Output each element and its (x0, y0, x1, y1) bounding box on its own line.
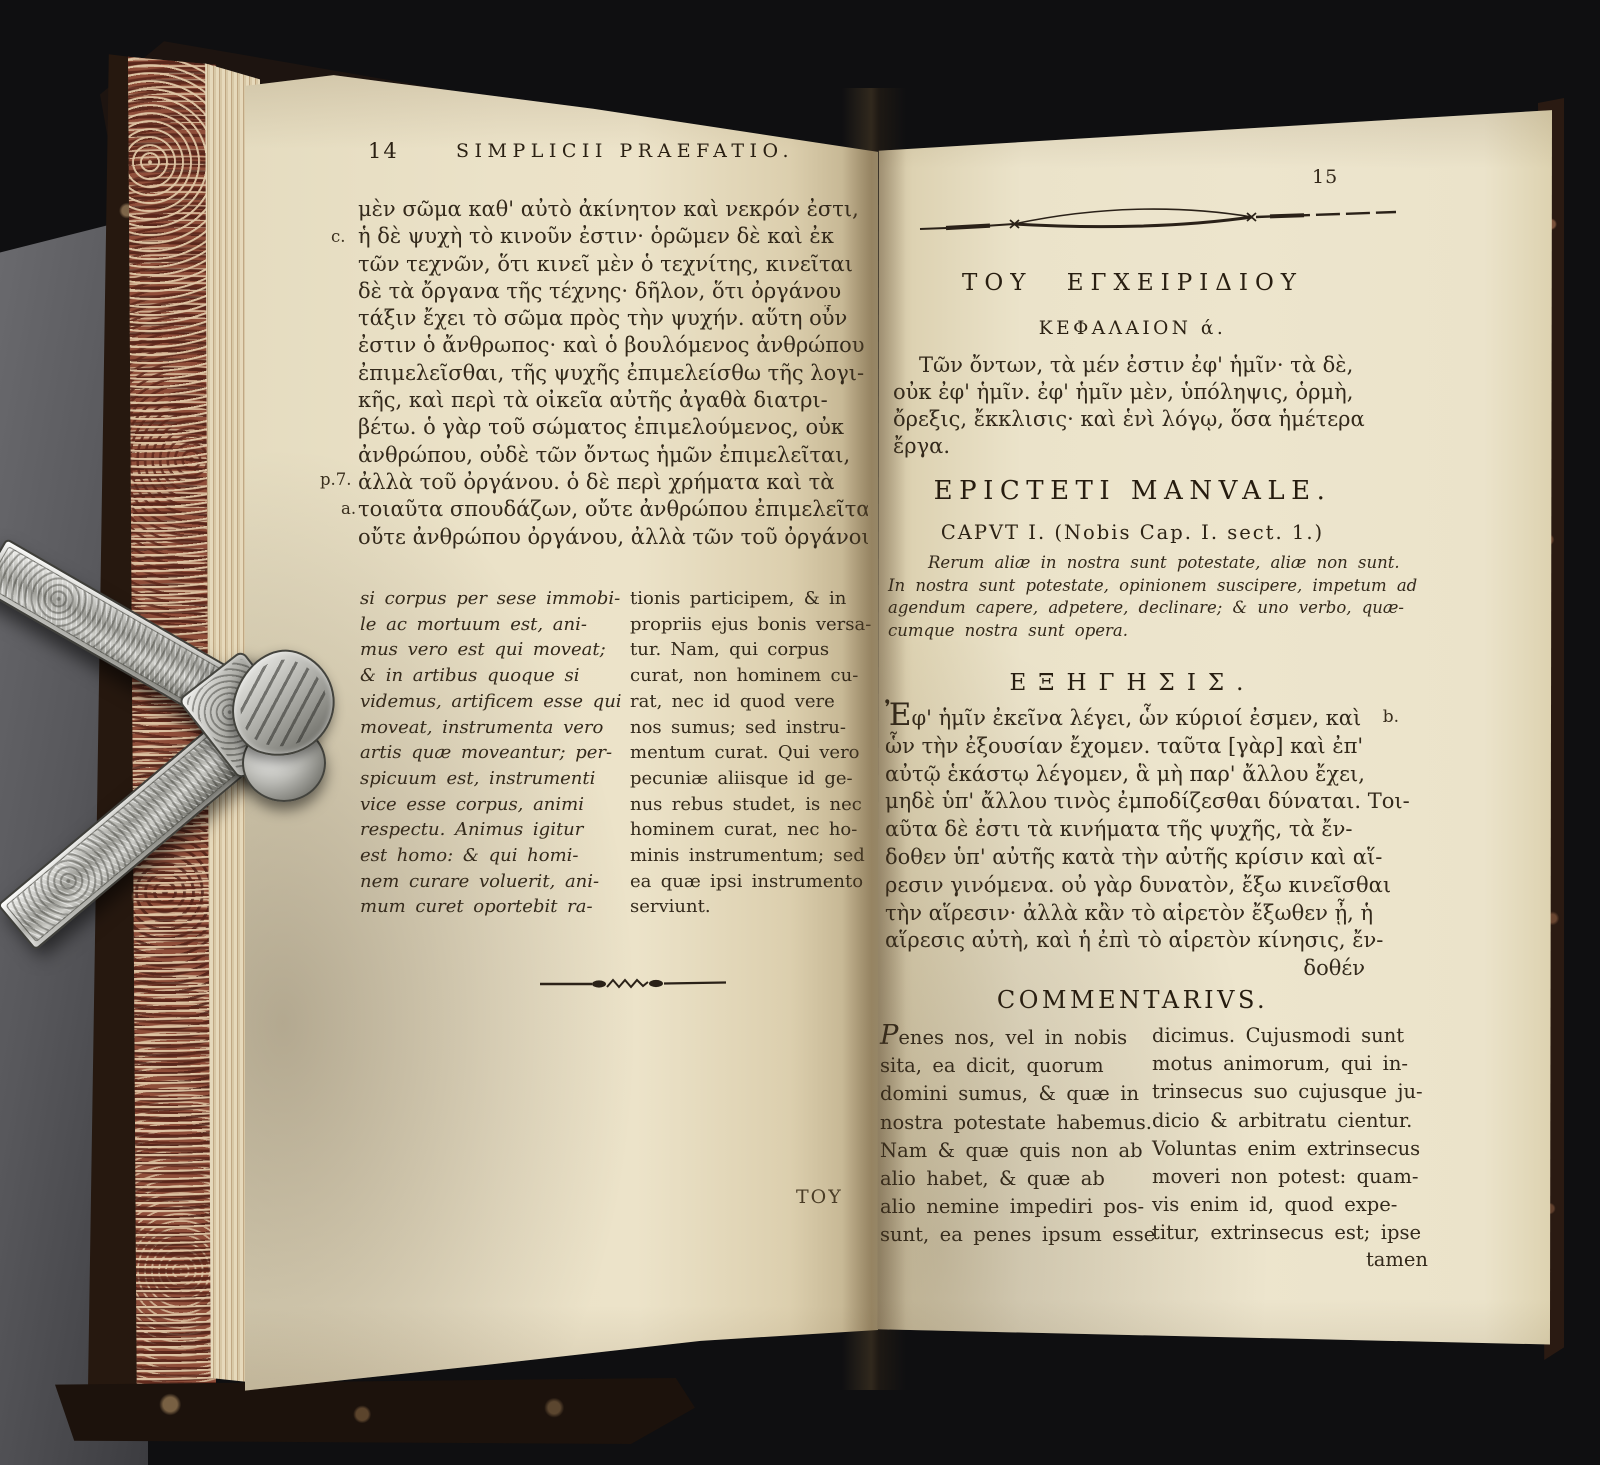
text-line: le ac mortuum est, ani- (360, 612, 624, 638)
text-line: alio habet, & quæ ab (880, 1165, 1150, 1193)
exegesis-first-line: Ἐφ' ἡμῖν ἐκεῖνα λέγει, ὧν κύριοί ἐσμεν, … (885, 702, 1393, 733)
text-line: dicimus. Cujusmodi sunt (1152, 1022, 1428, 1050)
page15-heading-exegesis: ΕΞΗΓΗΣΙΣ. (880, 670, 1385, 696)
text-line: serviunt. (630, 894, 872, 920)
text-line: alio nemine impediri pos- (880, 1193, 1150, 1221)
exegesis-lines: ὧν τὴν ἐξουσίαν ἔχομεν. ταῦτα [γὰρ] καὶ … (885, 733, 1393, 955)
text-line: pecuniæ aliisque id ge- (630, 766, 872, 792)
text-line: δὲ τὰ ὄργανα τῆς τέχνης· δῆλον, ὅτι ὀργά… (358, 278, 868, 305)
text-line: ἐστιν ὁ ἄνθρωπος· καὶ ὁ βουλόμενος ἀνθρώ… (358, 332, 868, 359)
lens-rule-ornament-icon (918, 202, 1400, 242)
text-line: domini sumus, & quæ in (880, 1080, 1150, 1108)
page14-latin-left-column: si corpus per sese immobi-le ac mortuum … (360, 586, 624, 920)
text-line: οὐκ ἐφ' ἡμῖν. ἐφ' ἡμῖν μὲν, ὑπόληψις, ὁρ… (893, 379, 1393, 406)
squiggle-rule-ornament-icon (538, 974, 728, 994)
text-line: rat, nec id quod vere (630, 689, 872, 715)
text-line: mentum curat. Qui vero (630, 740, 872, 766)
text-line: titur, extrinsecus est; ipse (1152, 1219, 1428, 1247)
text-line: Τῶν ὄντων, τὰ μέν ἐστιν ἐφ' ἡμῖν· τὰ δὲ, (893, 352, 1393, 379)
page15-margin-note-b: b. (1383, 704, 1399, 732)
text-line: curat, non hominem cu- (630, 663, 872, 689)
exegesis-dropcap: Ἐ (885, 697, 911, 733)
text-line: mus vero est qui moveat; (360, 637, 624, 663)
text-line: μὲν σῶμα καθ' αὐτὸ ἀκίνητον καὶ νεκρόν ἐ… (358, 196, 868, 223)
text-line: τοιαῦτα σπουδάζων, οὔτε ἀνθρώπου ἐπιμελε… (358, 496, 868, 523)
text-line: artis quæ moveantur; per- (360, 740, 624, 766)
text-line: nus rebus studet, is nec (630, 792, 872, 818)
text-line: μηδὲ ὑπ' ἄλλου τινὸς ἐμποδίζεσθαι δύνατα… (885, 788, 1393, 816)
text-line: si corpus per sese immobi- (360, 586, 624, 612)
page14-header: 14 SIMPLICII PRAEFATIO. (368, 138, 838, 168)
text-line: vis enim id, quod expe- (1152, 1191, 1428, 1219)
text-line: spicuum est, instrumenti (360, 766, 624, 792)
text-line: nem curare voluerit, ani- (360, 869, 624, 895)
page15-exegesis-paragraph: Ἐφ' ἡμῖν ἐκεῖνα λέγει, ὧν κύριοί ἐσμεν, … (885, 702, 1393, 983)
text-line: & in artibus quoque si (360, 663, 624, 689)
text-line: In nostra sunt potestate, opinionem susc… (888, 575, 1396, 598)
text-line: dicio & arbitratu cientur. (1152, 1107, 1428, 1135)
exegesis-catchword: δοθέν (885, 955, 1393, 983)
text-line: τῶν τεχνῶν, ὅτι κινεῖ μὲν ὁ τεχνίτης, κι… (358, 251, 868, 278)
page15-commentary-left-column: Penes nos, vel in nobissita, ea dicit, q… (880, 1022, 1150, 1250)
text-line: nos sumus; sed instru- (630, 715, 872, 741)
text-line: αὐτῷ ἑκάστῳ λέγομεν, ἃ μὴ παρ' ἄλλου ἔχε… (885, 761, 1393, 789)
text-line: est homo: & qui homi- (360, 843, 624, 869)
page14-margin-note-p7: p.7. (320, 470, 352, 489)
text-line: vice esse corpus, animi (360, 792, 624, 818)
page15-commentary-right-column: dicimus. Cujusmodi suntmotus animorum, q… (1152, 1022, 1428, 1248)
text-line: sunt, ea penes ipsum esse (880, 1221, 1150, 1249)
text-line: τὴν αἵρεσιν· ἀλλὰ κἂν τὸ αἱρετὸν ἔξωθεν … (885, 900, 1393, 928)
text-line: δοθεν ὑπ' αὐτῆς κατὰ τὴν αὐτῆς κρίσιν κα… (885, 844, 1393, 872)
page15-heading-commentarius: COMMENTARIVS. (880, 986, 1385, 1014)
text-line: propriis ejus bonis versa- (630, 612, 872, 638)
text-line: αῦτα δὲ ἐστι τὰ κινήματα τῆς ψυχῆς, τὰ ἔ… (885, 816, 1393, 844)
text-line: Voluntas enim extrinsecus (1152, 1135, 1428, 1163)
photo-open-antique-book: 14 SIMPLICII PRAEFATIO. μὲν σῶμα καθ' αὐ… (0, 0, 1600, 1465)
text-line: nostra potestate habemus. (880, 1109, 1150, 1137)
page15-heading-kephalaion: ΚΕΦΑΛΑΙΟΝ ά. (880, 318, 1385, 339)
text-line: videmus, artificem esse qui (360, 689, 624, 715)
text-line: cumque nostra sunt opera. (888, 620, 1396, 643)
text-line: tur. Nam, qui corpus (630, 637, 872, 663)
text-line: ἡ δὲ ψυχὴ τὸ κινοῦν ἐστιν· ὁρῶμεν δὲ καὶ… (358, 223, 868, 250)
text-line: tionis participem, & in (630, 586, 872, 612)
text-line: κῆς, καὶ περὶ τὰ οἰκεῖα αὐτῆς ἀγαθὰ διατ… (358, 387, 868, 414)
page15-catchword: tamen (1152, 1248, 1428, 1271)
text-line: ρεσιν γινόμενα. οὐ γὰρ δυνατὸν, ἔξω κινε… (885, 872, 1393, 900)
text-line: minis instrumentum; sed (630, 843, 872, 869)
page15-heading-tou-egcheiridiou: ΤΟΥ ΕΓΧΕΙΡΙΔΙΟΥ (880, 270, 1385, 296)
page15-caput-line: CAPVT I. (Nobis Cap. I. sect. 1.) (880, 521, 1385, 544)
page14-latin-right-column: tionis participem, & inpropriis ejus bon… (630, 586, 872, 920)
text-line: trinsecus suo cujusque ju- (1152, 1078, 1428, 1106)
page14-greek-paragraph: μὲν σῶμα καθ' αὐτὸ ἀκίνητον καὶ νεκρόν ἐ… (358, 196, 868, 551)
text-line: agendum capere, adpetere, declinare; & u… (888, 597, 1396, 620)
text-line: ἔργα. (893, 433, 1393, 460)
page14-margin-note-c: c. (331, 227, 346, 246)
page14-running-title: SIMPLICII PRAEFATIO. (456, 140, 794, 162)
page15-heading-epicteti-manuale: EPICTETI MANVALE. (880, 476, 1385, 506)
text-line: motus animorum, qui in- (1152, 1050, 1428, 1078)
silver-book-clasp (0, 518, 348, 948)
text-line: moveri non potest: quam- (1152, 1163, 1428, 1191)
text-line: mum curet oportebit ra- (360, 894, 624, 920)
text-line: ἀλλὰ τοῦ ὀργάνου. ὁ δὲ περὶ χρήματα καὶ … (358, 469, 868, 496)
text-line: ὄρεξις, ἔκκλισις· καὶ ἑνὶ λόγῳ, ὅσα ἡμέτ… (893, 406, 1393, 433)
page14-margin-note-a: a. (341, 499, 356, 518)
text-line: ἐπιμελεῖσθαι, τῆς ψυχῆς ἐπιμελείσθω τῆς … (358, 360, 868, 387)
page14-catchword: ΤΟΥ (796, 1186, 843, 1208)
text-line: Nam & quæ quis non ab (880, 1137, 1150, 1165)
text-line: οὔτε ἀνθρώπου ὀργάνου, ἀλλὰ τῶν τοῦ ὀργά… (358, 524, 868, 551)
text-line: ἀνθρώπου, οὐδὲ τῶν ὄντως ἡμῶν ἐπιμελεῖτα… (358, 442, 868, 469)
text-line: respectu. Animus igitur (360, 817, 624, 843)
text-line: Penes nos, vel in nobis (880, 1022, 1150, 1052)
text-line: αἵρεσις αὐτὴ, καὶ ἡ ἐπὶ τὸ αἱρετὸν κίνησ… (885, 927, 1393, 955)
page15-caput-summary: Rerum aliæ in nostra sunt potestate, ali… (888, 552, 1396, 642)
text-line: moveat, instrumenta vero (360, 715, 624, 741)
page15-number: 15 (1312, 166, 1338, 188)
text-line: βέτω. ὁ γὰρ τοῦ σώματος ἐπιμελούμενος, ο… (358, 414, 868, 441)
text-line: τάξιν ἔχει τὸ σῶμα πρὸς τὴν ψυχήν. αὕτη … (358, 305, 868, 332)
text-line: sita, ea dicit, quorum (880, 1052, 1150, 1080)
exegesis-first-line-text: φ' ἡμῖν ἐκεῖνα λέγει, ὧν κύριοί ἐσμεν, κ… (911, 706, 1361, 730)
text-line: ὧν τὴν ἐξουσίαν ἔχομεν. ταῦτα [γὰρ] καὶ … (885, 733, 1393, 761)
text-line: hominem curat, nec ho- (630, 817, 872, 843)
page14-number: 14 (368, 139, 399, 163)
text-line: ea quæ ipsi instrumento (630, 869, 872, 895)
book-cover-bottom-edge (55, 1378, 695, 1444)
text-line: Rerum aliæ in nostra sunt potestate, ali… (888, 552, 1396, 575)
page15-greek-chapter-text: Τῶν ὄντων, τὰ μέν ἐστιν ἐφ' ἡμῖν· τὰ δὲ,… (893, 352, 1393, 460)
